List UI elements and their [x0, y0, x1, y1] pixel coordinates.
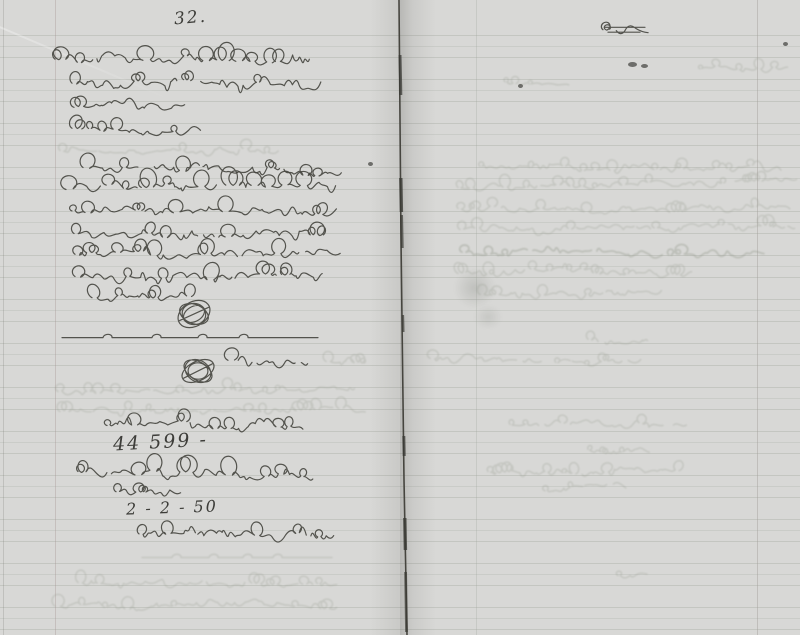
handwritten-line [75, 241, 337, 264]
handwritten-line [78, 457, 310, 482]
handwriting-layer: 32.44 599 -2 - 2 - 50 [0, 0, 800, 635]
ink-speck [518, 84, 523, 88]
handwritten-number: 2 - 2 - 50 [126, 498, 218, 517]
ghost-line [60, 400, 360, 424]
handwritten-line [72, 68, 320, 94]
ink-speck [368, 162, 373, 166]
notebook-spread: 32.44 599 -2 - 2 - 50 [0, 0, 800, 635]
handwritten-line [72, 115, 194, 138]
ink-speck [628, 62, 637, 67]
ghost-line [460, 218, 798, 242]
ghost-line [430, 347, 640, 371]
handwritten-line [74, 94, 184, 117]
handwritten-line [72, 197, 332, 221]
ghost-line [505, 71, 563, 94]
handwritten-line [55, 44, 315, 70]
struck-out-number [603, 17, 649, 39]
ghost-mark [545, 480, 623, 503]
ghost-divider [142, 548, 332, 570]
page-number: 32. [173, 9, 207, 29]
divider-flourish [62, 327, 318, 347]
handwritten-number: 44 599 - [113, 431, 209, 455]
ink-speck [783, 42, 788, 46]
handwritten-line [139, 520, 329, 544]
scribble-doodle [176, 299, 212, 329]
ghost-mark [618, 566, 644, 587]
ghost-line [78, 571, 333, 595]
handwritten-line [75, 262, 325, 287]
ink-speck [641, 64, 648, 68]
handwritten-word [228, 347, 306, 370]
ghost-line [510, 413, 680, 437]
ghost-mark [588, 439, 640, 461]
ghost-line [60, 139, 275, 163]
ghost-line [55, 594, 340, 619]
ghost-line [480, 283, 660, 307]
ghost-line [700, 58, 785, 81]
ghost-mark [326, 350, 366, 374]
